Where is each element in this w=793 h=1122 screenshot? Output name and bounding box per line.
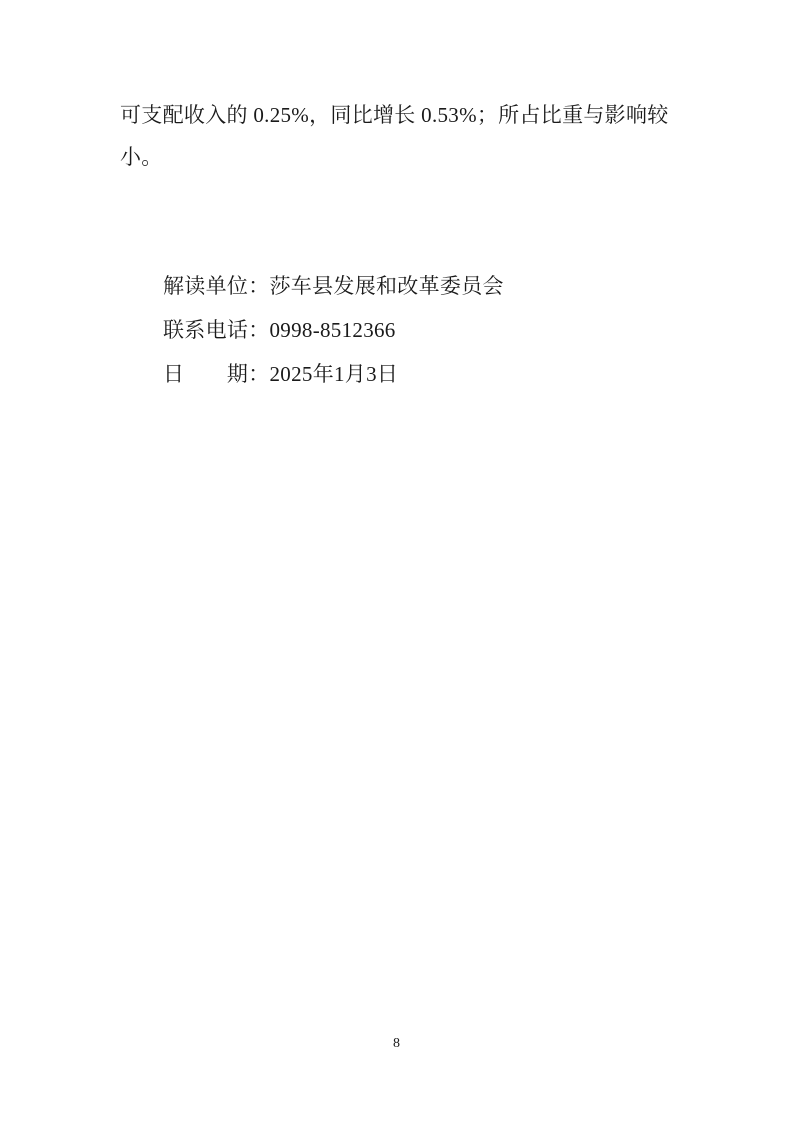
paragraph-line-1: 可支配收入的 0.25%，同比增长 0.53%；所占比重与影响较 — [120, 94, 678, 136]
signature-block: 解读单位：莎车县发展和改革委员会 联系电话：0998-8512366 日 期：2… — [163, 264, 504, 396]
date-line: 日 期：2025年1月3日 — [163, 352, 504, 396]
page-number: 8 — [0, 1035, 793, 1052]
contact-phone-line: 联系电话：0998-8512366 — [163, 308, 504, 352]
interpreting-unit-line: 解读单位：莎车县发展和改革委员会 — [163, 264, 504, 308]
document-page: 可支配收入的 0.25%，同比增长 0.53%；所占比重与影响较 小。 解读单位… — [0, 0, 793, 1122]
paragraph-line-2: 小。 — [120, 136, 678, 178]
body-paragraph: 可支配收入的 0.25%，同比增长 0.53%；所占比重与影响较 小。 — [120, 94, 678, 178]
